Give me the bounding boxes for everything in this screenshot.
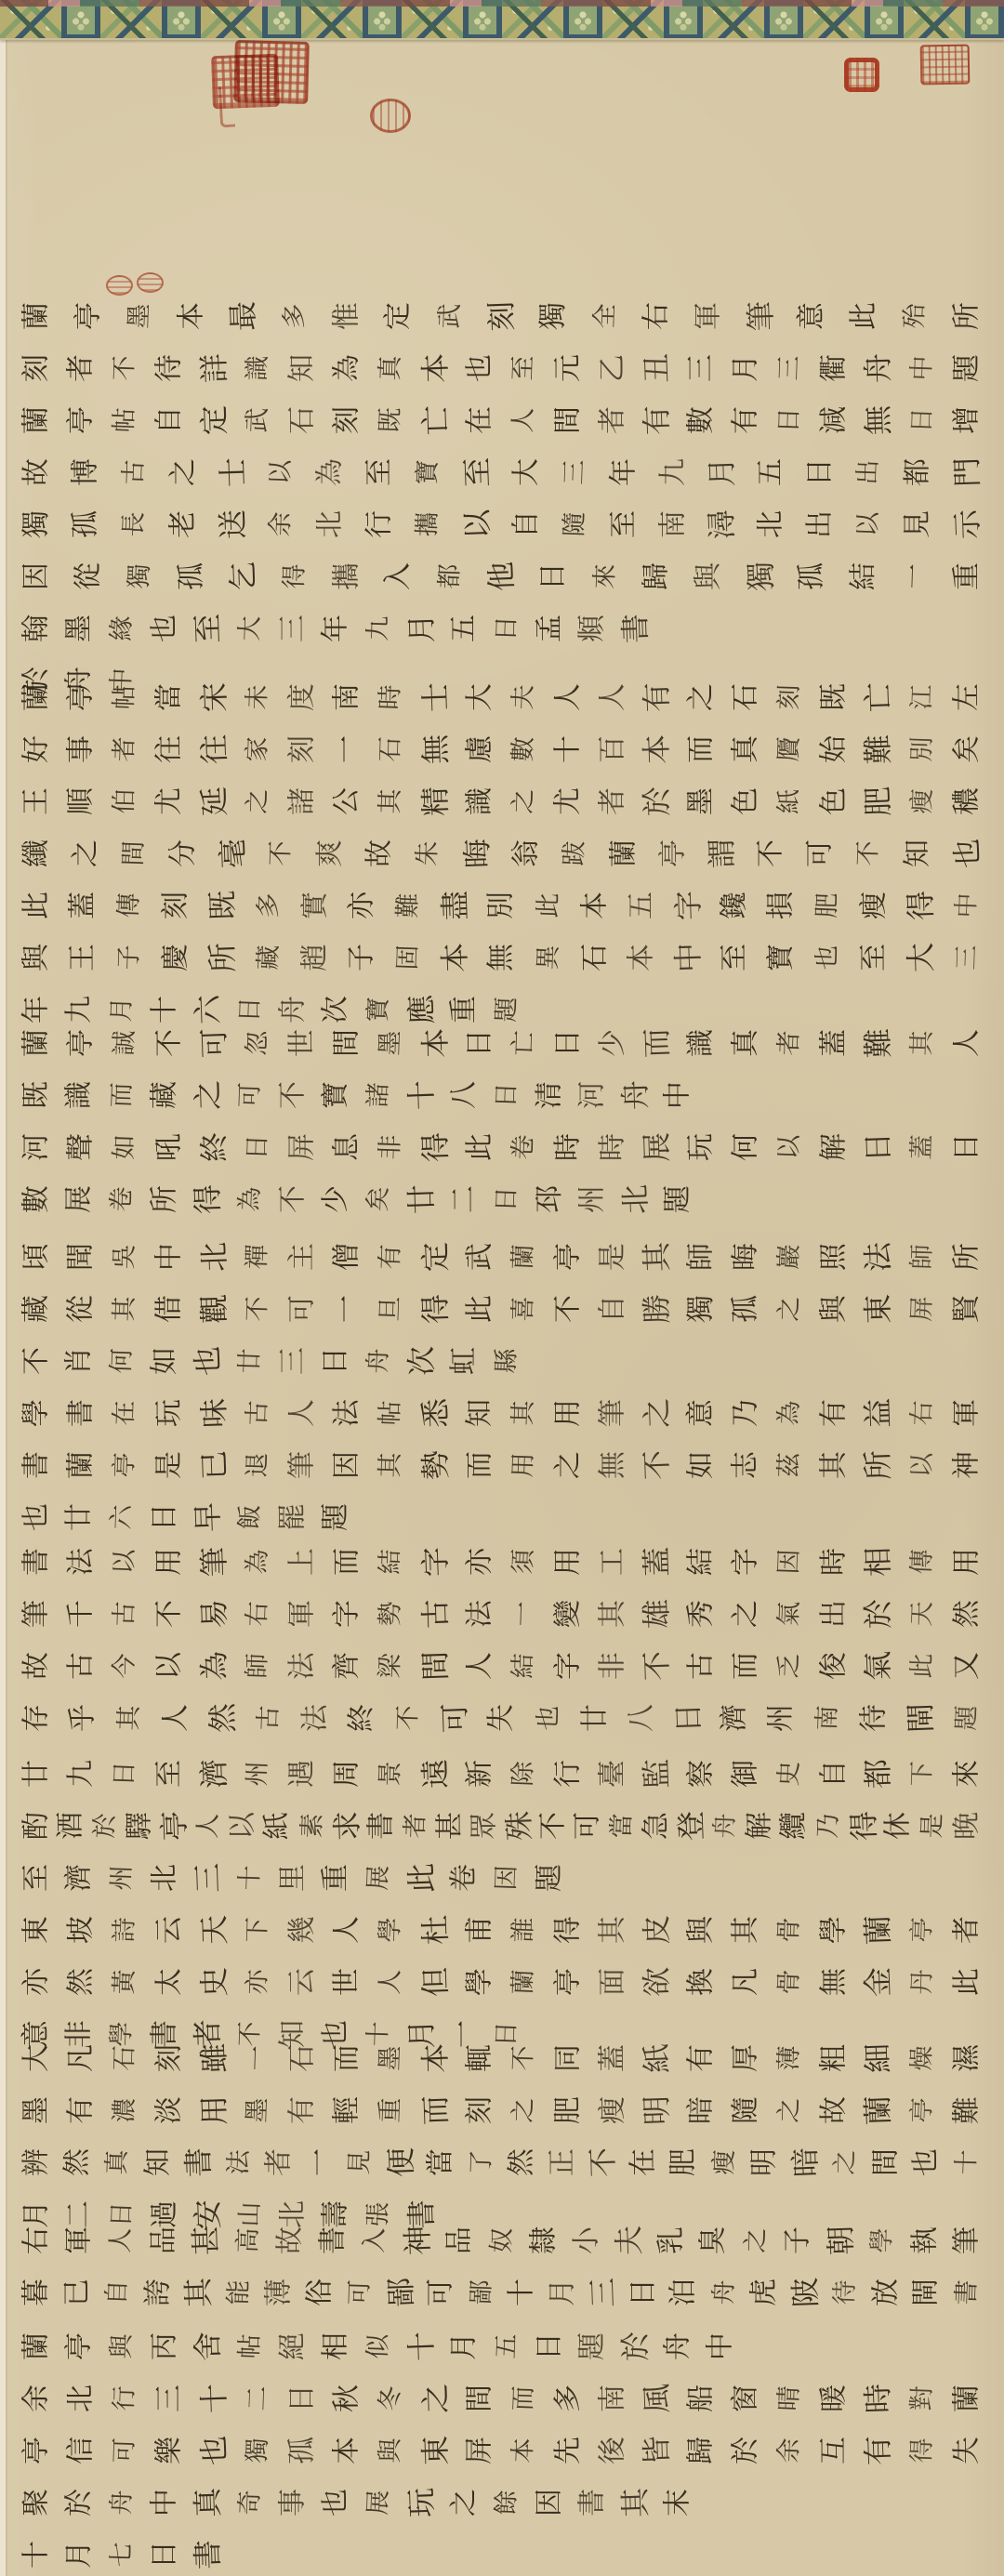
calligraphy-char: 至 (360, 456, 399, 489)
calligraphy-char: 八 (622, 1702, 661, 1735)
brocade-selvage-strip (0, 0, 1004, 7)
calligraphy-char: 也 (947, 837, 987, 870)
calligraphy-char: 五 (622, 890, 661, 922)
calligraphy-char: 人 (548, 681, 588, 714)
calligraphy-char: 隨 (726, 2094, 765, 2127)
calligraphy-char: 右 (238, 1597, 278, 1631)
calligraphy-char: 屏 (903, 1292, 943, 1326)
calligraphy-char: 舟 (102, 2486, 142, 2519)
calligraphy-char: 數 (681, 404, 720, 437)
calligraphy-char: 本 (637, 733, 677, 766)
calligraphy-char: 所 (203, 941, 243, 974)
calligraphy-char: 紙 (258, 1810, 297, 1843)
calligraphy-char: 可 (231, 1078, 271, 1112)
calligraphy-char: 因 (18, 561, 57, 593)
calligraphy-char: 時 (371, 680, 411, 714)
calligraphy-char: 陂 (786, 2276, 826, 2309)
calligraphy-char: 子 (110, 941, 150, 974)
calligraphy-char: 識 (460, 786, 499, 818)
calligraphy-char: 武 (430, 299, 470, 333)
calligraphy-row: 獨孤長老送余北行攜以自隨至南潯北出以見示 (20, 504, 984, 545)
calligraphy-char: 末 (659, 2487, 698, 2519)
calligraphy-char: 書 (188, 2538, 228, 2571)
calligraphy-char: 師 (681, 1241, 720, 1274)
calligraphy-char: 暮 (18, 2277, 57, 2309)
calligraphy-char: 難 (858, 1026, 898, 1060)
calligraphy-char: 於 (615, 2330, 655, 2363)
calligraphy-char: 氣 (858, 1649, 898, 1683)
calligraphy-char: 十 (402, 1078, 442, 1112)
calligraphy-char: 蓋 (637, 1545, 677, 1579)
calligraphy-char: 爽 (311, 838, 350, 870)
calligraphy-char: 玩 (402, 2486, 442, 2519)
calligraphy-char: 始 (814, 733, 853, 766)
calligraphy-char: 孤 (172, 561, 211, 593)
calligraphy-char: 結 (681, 1546, 720, 1579)
calligraphy-char: 吼 (150, 1131, 189, 1164)
calligraphy-char: 真 (371, 351, 411, 385)
calligraphy-char: 其 (593, 1598, 632, 1631)
calligraphy-char: 之 (726, 1598, 765, 1631)
calligraphy-char: 寶 (317, 1079, 356, 1112)
calligraphy-char: 周 (327, 1758, 366, 1790)
calligraphy-char: 知 (283, 352, 322, 385)
calligraphy-char: 入 (355, 2224, 395, 2257)
calligraphy-char: 所 (947, 1241, 986, 1274)
calligraphy-char: 用 (194, 2094, 234, 2127)
calligraphy-char: 照 (814, 1241, 853, 1274)
calligraphy-char: 秋 (327, 2383, 366, 2415)
calligraphy-char: 瘦 (854, 890, 893, 922)
calligraphy-char: 如 (681, 1449, 720, 1482)
calligraphy-char: 軍 (59, 2225, 99, 2257)
calligraphy-char: 王 (18, 786, 57, 818)
calligraphy-char: 行 (548, 1758, 588, 1790)
calligraphy-row: 大凡石刻雖一石而墨本輒不同蓋紙有厚薄粗細燥濕 (20, 2038, 984, 2079)
calligraphy-char: 卷 (504, 1130, 544, 1164)
calligraphy-char: 至 (715, 942, 754, 974)
calligraphy-char: 用 (548, 1546, 588, 1579)
calligraphy-char: 至 (150, 1758, 189, 1790)
calligraphy-char: 御 (726, 1758, 765, 1790)
calligraphy-char: 年 (18, 994, 57, 1026)
calligraphy-char: 茲 (770, 1448, 810, 1482)
calligraphy-char: 小 (567, 2225, 606, 2257)
calligraphy-char: 於 (60, 2487, 99, 2519)
calligraphy-char: 刻 (482, 299, 522, 333)
calligraphy-char: 日 (487, 1182, 527, 1216)
calligraphy-char: 三 (947, 941, 987, 974)
calligraphy-char: 甚 (186, 2224, 226, 2257)
calligraphy-char: 亭 (18, 2435, 57, 2467)
calligraphy-char: 五 (445, 613, 484, 645)
calligraphy-char: 之 (188, 1078, 228, 1112)
calligraphy-char: 是 (913, 1809, 953, 1843)
calligraphy-char: 舍 (188, 2330, 228, 2363)
calligraphy-char: 可 (283, 1293, 322, 1326)
calligraphy-char: 九 (359, 612, 399, 645)
calligraphy-char: 石 (575, 942, 614, 974)
calligraphy-char: 重 (947, 561, 986, 593)
calligraphy-char: 蓋 (64, 890, 103, 922)
calligraphy-char: 史 (194, 1965, 234, 1999)
calligraphy-char: 樂 (150, 2435, 189, 2467)
calligraphy-char: 待 (826, 2276, 865, 2309)
calligraphy-char: 乞 (223, 560, 263, 593)
calligraphy-char: 與 (102, 2330, 142, 2363)
calligraphy-char: 展 (359, 2486, 399, 2519)
calligraphy-char: 以 (105, 1545, 145, 1579)
calligraphy-char: 題 (947, 352, 986, 385)
calligraphy-char: 粗 (814, 2042, 853, 2075)
calligraphy-char: 墨 (681, 786, 720, 818)
calligraphy-char: 州 (574, 1183, 613, 1216)
calligraphy-char: 而 (416, 2094, 456, 2127)
calligraphy-char: 一 (895, 560, 935, 593)
calligraphy-char: 日 (487, 1078, 527, 1112)
calligraphy-char: 人 (371, 1965, 411, 1999)
calligraphy-char: 博 (66, 456, 105, 489)
calligraphy-char: 早 (188, 1500, 228, 1534)
calligraphy-char: 定 (416, 1240, 456, 1274)
calligraphy-char: 古 (249, 1701, 289, 1735)
calligraphy-char: 中 (947, 889, 987, 922)
calligraphy-char: 晚 (947, 1810, 986, 1843)
calligraphy-char: 從 (61, 1293, 100, 1326)
calligraphy-char: 終 (194, 1130, 234, 1164)
calligraphy-char: 州 (238, 1757, 278, 1790)
calligraphy-char: 法 (283, 1650, 322, 1683)
calligraphy-char: 其 (371, 785, 411, 818)
calligraphy-char: 亭 (60, 2331, 99, 2363)
calligraphy-char: 獨 (238, 2434, 278, 2467)
calligraphy-char: 古 (61, 1650, 100, 1683)
calligraphy-char: 執 (905, 2225, 945, 2257)
calligraphy-char: 多 (249, 889, 289, 922)
calligraphy-char: 雄 (637, 1597, 677, 1631)
calligraphy-char: 用 (504, 1448, 544, 1482)
calligraphy-char: 在 (624, 2147, 663, 2179)
calligraphy-char: 刻 (150, 2042, 189, 2075)
calligraphy-char: 史 (770, 1757, 810, 1790)
calligraphy-char: 高 (228, 2224, 268, 2257)
calligraphy-char: 瘦 (593, 2094, 632, 2127)
calligraphy-char: 是 (150, 1449, 189, 1482)
calligraphy-char: 來 (586, 560, 626, 593)
calligraphy-char: 此 (947, 1966, 986, 1999)
calligraphy-char: 人 (157, 1702, 196, 1735)
calligraphy-char: 信 (61, 2435, 100, 2467)
calligraphy-row: 也廿六日早飯罷題 (20, 1497, 984, 1538)
calligraphy-char: 知 (139, 2147, 178, 2179)
calligraphy-char: 以 (849, 508, 889, 541)
calligraphy-char: 書 (947, 2276, 987, 2309)
calligraphy-char: 纖 (18, 838, 57, 870)
calligraphy-char: 邳 (531, 1183, 570, 1216)
calligraphy-char: 因 (487, 1861, 527, 1895)
calligraphy-char: 俗 (300, 2277, 339, 2309)
calligraphy-char: 本 (172, 300, 211, 333)
calligraphy-row: 翰墨緣也至大三年九月五日孟頫書 (20, 608, 984, 649)
calligraphy-char: 矣 (359, 1182, 399, 1216)
calligraphy-char: 事 (61, 733, 100, 766)
calligraphy-char: 軍 (947, 1397, 986, 1430)
calligraphy-char: 別 (482, 890, 522, 922)
calligraphy-char: 都 (899, 456, 938, 489)
calligraphy-char: 三 (150, 2383, 189, 2415)
calligraphy-char: 師 (903, 1240, 943, 1274)
calligraphy-char: 藏 (249, 941, 289, 974)
calligraphy-char: 本 (504, 2434, 544, 2467)
calligraphy-char: 不 (637, 1649, 677, 1683)
calligraphy-char: 其 (726, 1914, 765, 1947)
calligraphy-char: 窗 (726, 2383, 765, 2415)
calligraphy-char: 廿 (18, 1758, 57, 1790)
calligraphy-char: 肖 (60, 1345, 99, 1378)
calligraphy-char: 孤 (283, 2435, 322, 2467)
calligraphy-char: 閘 (907, 2277, 946, 2309)
scroll-left-edge (0, 40, 8, 2576)
calligraphy-char: 失 (947, 2435, 986, 2467)
calligraphy-char: 武 (460, 1241, 499, 1274)
calligraphy-char: 得 (188, 1182, 228, 1216)
calligraphy-char: 而 (726, 1650, 765, 1683)
calligraphy-char: 伯 (105, 785, 145, 818)
calligraphy-char: 孤 (66, 509, 105, 541)
calligraphy-char: 得 (548, 1914, 588, 1947)
calligraphy-char: 勢 (371, 1597, 411, 1631)
calligraphy-char: 廿 (60, 1501, 99, 1534)
calligraphy-row: 頃聞吳中北禪主僧有定武蘭亭是其師晦巖照法師所 (20, 1236, 984, 1277)
calligraphy-char: 江 (903, 680, 943, 714)
calligraphy-char: 右 (18, 2225, 57, 2257)
calligraphy-char: 隨 (555, 508, 595, 541)
calligraphy-row: 墨有濃淡用墨有輕重而刻之肥瘦明暗隨之故蘭亭難 (20, 2090, 984, 2131)
calligraphy-char: 面 (593, 1966, 632, 1999)
calligraphy-char: 終 (343, 1702, 382, 1735)
calligraphy-char: 世 (327, 1966, 366, 1999)
calligraphy-char: 展 (359, 1861, 399, 1895)
calligraphy-char: 為 (311, 456, 350, 489)
calligraphy-char: 有 (637, 680, 677, 714)
calligraphy-char: 以 (261, 456, 301, 489)
calligraphy-char: 而 (504, 2382, 544, 2415)
calligraphy-char: 肥 (548, 2094, 588, 2127)
calligraphy-char: 無 (858, 403, 898, 437)
calligraphy-char: 次 (402, 1344, 442, 1378)
calligraphy-char: 法 (61, 1546, 100, 1579)
calligraphy-char: 五 (752, 456, 791, 489)
calligraphy-char: 為 (231, 1182, 271, 1216)
calligraphy-char: 不 (238, 1292, 278, 1326)
calligraphy-char: 子 (343, 942, 382, 974)
calligraphy-row: 辨然真知書法者一見便當了然正不在肥瘦明暗之間也十 (20, 2142, 984, 2183)
calligraphy-char: 至 (188, 612, 228, 645)
calligraphy-char: 幾 (283, 1914, 322, 1947)
calligraphy-char: 不 (583, 2146, 623, 2179)
calligraphy-char: 謂 (702, 837, 742, 870)
calligraphy-char: 法 (327, 1397, 366, 1430)
calligraphy-char: 悉 (416, 1396, 456, 1430)
calligraphy-char: 別 (903, 733, 943, 766)
calligraphy-char: 所 (858, 1448, 898, 1482)
calligraphy-char: 古 (416, 1597, 456, 1631)
calligraphy-row: 十月七日書 (20, 2534, 984, 2575)
calligraphy-char: 學 (814, 1914, 853, 1947)
calligraphy-char: 一 (327, 1293, 366, 1326)
calligraphy-char: 故 (814, 2094, 853, 2127)
calligraphy-char: 間 (327, 1027, 366, 1060)
calligraphy-char: 此 (528, 889, 568, 922)
calligraphy-char: 帖 (371, 1396, 411, 1430)
calligraphy-char: 然 (58, 2147, 97, 2179)
calligraphy-char: 如 (146, 1345, 185, 1378)
calligraphy-char: 氣 (770, 1597, 810, 1631)
calligraphy-char: 十 (18, 2539, 57, 2571)
calligraphy-char: 隸 (525, 2225, 564, 2257)
calligraphy-char: 結 (371, 1545, 411, 1579)
calligraphy-char: 變 (548, 1598, 588, 1631)
brocade-bottom-edge (0, 38, 1004, 40)
calligraphy-char: 無 (593, 1449, 632, 1482)
calligraphy-char: 色 (814, 786, 853, 818)
calligraphy-char: 在 (105, 1396, 145, 1430)
calligraphy-char: 自 (507, 509, 546, 541)
calligraphy-char: 者 (105, 733, 145, 766)
calligraphy-char: 筆 (18, 1598, 57, 1631)
calligraphy-char: 亦 (238, 1965, 278, 1999)
calligraphy-char: 志 (726, 1449, 765, 1482)
calligraphy-char: 筆 (740, 299, 780, 333)
calligraphy-char: 而 (637, 1026, 677, 1060)
calligraphy-char: 中 (146, 2487, 185, 2519)
calligraphy-char: 監 (637, 1757, 677, 1790)
calligraphy-char: 本 (416, 2041, 456, 2075)
calligraphy-char: 藏 (146, 1079, 185, 1112)
calligraphy-char: 重 (445, 994, 484, 1026)
calligraphy-char: 品 (144, 2225, 183, 2257)
calligraphy-char: 間 (548, 404, 588, 437)
calligraphy-char: 可 (435, 1701, 475, 1735)
calligraphy-char: 瘦 (903, 785, 943, 818)
calligraphy-char: 蘭 (504, 1965, 544, 1999)
calligraphy-char: 為 (238, 1545, 278, 1579)
calligraphy-char: 老 (165, 509, 204, 541)
calligraphy-char: 故 (271, 2225, 310, 2257)
brocade-border (0, 0, 1004, 40)
calligraphy-char: 全 (586, 299, 626, 333)
calligraphy-row: 書法以用筆為上而結字亦須用工蓋結字因時相傳用 (20, 1541, 984, 1582)
calligraphy-char: 慶 (157, 942, 196, 974)
calligraphy-char: 年 (317, 613, 356, 645)
calligraphy-char: 石 (105, 2041, 145, 2075)
calligraphy-char: 蘭 (947, 2383, 986, 2415)
calligraphy-char: 遇 (283, 1758, 322, 1790)
calligraphy-row: 東坡詩云天下幾人學杜甫誰得其皮與其骨學蘭亭者 (20, 1909, 984, 1950)
calligraphy-char: 時 (548, 1131, 588, 1164)
calligraphy-row: 學書在玩味古人法帖悉知其用筆之意乃為有益右軍 (20, 1393, 984, 1433)
calligraphy-char: 人 (327, 1914, 366, 1947)
calligraphy-char: 真 (726, 733, 765, 766)
calligraphy-char: 十 (947, 2146, 987, 2179)
calligraphy-char: 可 (340, 2276, 380, 2309)
calligraphy-char: 大 (507, 456, 546, 489)
calligraphy-char: 書 (362, 1810, 401, 1843)
calligraphy-char: 景 (371, 1757, 411, 1790)
calligraphy-char: 已 (194, 1448, 234, 1482)
calligraphy-char: 主 (283, 1241, 322, 1274)
calligraphy-char: 固 (389, 941, 429, 974)
calligraphy-char: 帖 (105, 680, 145, 714)
calligraphy-char: 三 (274, 613, 313, 645)
calligraphy-char: 然 (61, 1966, 100, 1999)
calligraphy-char: 縣 (487, 1344, 527, 1378)
calligraphy-char: 法 (297, 1702, 336, 1735)
calligraphy-char: 六 (102, 1500, 142, 1534)
calligraphy-char: 相 (858, 1545, 898, 1579)
calligraphy-char: 察 (681, 1758, 720, 1790)
calligraphy-char: 也 (188, 1344, 228, 1378)
calligraphy-char: 自 (98, 2276, 138, 2309)
calligraphy-char: 真 (726, 1027, 765, 1060)
calligraphy-char: 石 (726, 681, 765, 714)
calligraphy-char: 詩 (105, 1913, 145, 1947)
calligraphy-char: 鄙 (381, 2276, 421, 2309)
calligraphy-row: 書蘭亭是已退筆因其勢而用之無不如志茲其所以神 (20, 1445, 984, 1486)
calligraphy-char: 有 (371, 1240, 411, 1274)
calligraphy-char: 肥 (858, 785, 898, 818)
calligraphy-char: 乙 (593, 352, 632, 385)
calligraphy-row: 河聲如吼終日屏息非得此卷時時展玩何以解日蓋日 (20, 1127, 984, 1168)
calligraphy-char: 誰 (504, 1913, 544, 1947)
calligraphy-char: 三 (555, 456, 595, 489)
calligraphy-char: 見 (899, 509, 938, 541)
calligraphy-char: 衢 (814, 352, 853, 385)
calligraphy-char: 一 (327, 733, 366, 766)
calligraphy-char: 石 (371, 733, 411, 766)
calligraphy-char: 傳 (110, 889, 150, 922)
calligraphy-char: 不 (752, 838, 791, 870)
calligraphy-char: 其 (637, 1240, 677, 1274)
calligraphy-char: 度 (283, 681, 322, 714)
calligraphy-char: 得 (901, 889, 941, 922)
calligraphy-char: 中 (659, 1079, 698, 1112)
calligraphy-char: 之 (165, 456, 204, 489)
calligraphy-char: 厚 (726, 2042, 765, 2075)
calligraphy-char: 何 (726, 1131, 765, 1164)
handscroll-photo: { "scroll": { "colors": { "paper": "#d7c… (0, 0, 1004, 2576)
calligraphy-char: 行 (360, 509, 399, 541)
calligraphy-char: 識 (60, 1079, 99, 1112)
calligraphy-char: 誠 (105, 1026, 145, 1060)
calligraphy-char: 孤 (793, 561, 832, 593)
calligraphy-char: 乎 (64, 1702, 103, 1735)
calligraphy-char: 世 (283, 1027, 322, 1060)
calligraphy-char: 意 (793, 300, 832, 333)
calligraphy-char: 日 (624, 2277, 663, 2309)
calligraphy-char: 於 (637, 785, 677, 818)
calligraphy-char: 不 (274, 1079, 313, 1112)
calligraphy-char: 神 (947, 1449, 986, 1482)
calligraphy-char: 退 (238, 1448, 278, 1482)
calligraphy-char: 夫 (504, 680, 544, 714)
calligraphy-row: 蘭亭帖自定武石刻既亡在人間者有數有日減無日增 (20, 400, 984, 441)
calligraphy-char: 慮 (460, 733, 499, 766)
calligraphy-char: 好 (18, 733, 57, 766)
calligraphy-char: 者 (260, 2147, 299, 2179)
calligraphy-char: 見 (340, 2146, 380, 2179)
calligraphy-char: 得 (275, 560, 315, 593)
